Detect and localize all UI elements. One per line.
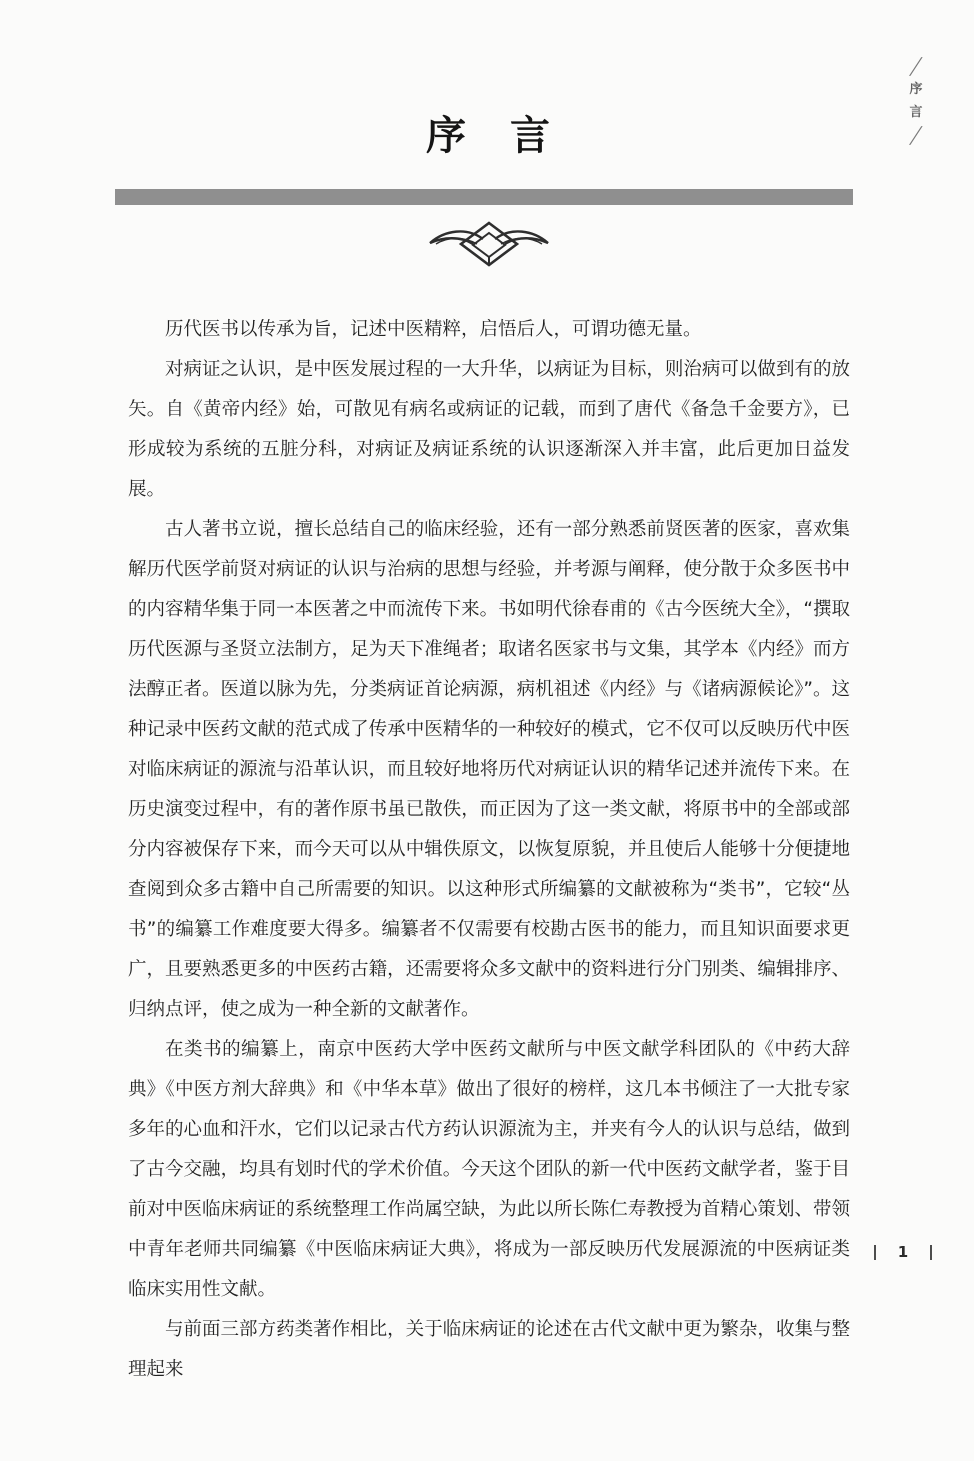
footer-rule-left <box>874 1245 876 1260</box>
preface-body: 历代医书以传承为旨，记述中医精粹，启悟后人，可谓功德无量。 对病证之认识，是中医… <box>128 310 850 1390</box>
footer-rule-right <box>930 1245 932 1260</box>
side-marker-char: 言 <box>909 104 922 122</box>
page-title: 序 言 <box>128 104 850 161</box>
paragraph: 在类书的编纂上，南京中医药大学中医药文献所与中医文献学科团队的《中药大辞典》《中… <box>128 1030 850 1310</box>
page-number: 1 <box>898 1243 908 1261</box>
paragraph: 历代医书以传承为旨，记述中医精粹，启悟后人，可谓功德无量。 <box>128 310 850 350</box>
slash-icon: ╱ <box>910 58 922 76</box>
book-page: 序 言 ╱ 序 言 ╱ 历代 <box>0 0 974 1461</box>
divider-bar <box>115 189 853 205</box>
slash-icon: ╱ <box>910 127 922 145</box>
paragraph: 与前面三部方药类著作相比，关于临床病证的论述在古代文献中更为繁杂，收集与整理起来 <box>128 1310 850 1390</box>
side-marker: ╱ 序 言 ╱ <box>901 58 931 145</box>
side-marker-char: 序 <box>909 81 922 99</box>
fleuron-icon <box>427 218 551 268</box>
paragraph: 对病证之认识，是中医发展过程的一大升华，以病证为目标，则治病可以做到有的放矢。自… <box>128 350 850 510</box>
footer-pagination: 1 <box>874 1242 932 1262</box>
paragraph: 古人著书立说，擅长总结自己的临床经验，还有一部分熟悉前贤医著的医家，喜欢集解历代… <box>128 510 850 1030</box>
